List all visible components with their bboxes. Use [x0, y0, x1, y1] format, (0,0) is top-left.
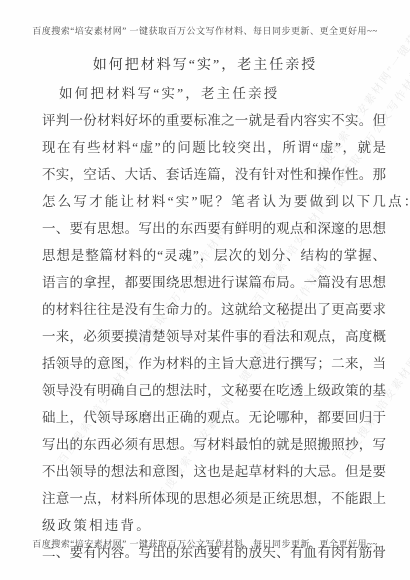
body-line: 级政策相违背。 [42, 512, 386, 539]
body-line: 现在有些材料“虚”的问题比较突出，所谓“虚”，就是 [42, 134, 386, 161]
body-line: 括领导的意图，作为材料的主旨大意进行撰写；二来，当 [42, 350, 386, 377]
body-line: 语言的拿捏，都要围绕思想进行谋篇布局。一篇没有思想 [42, 269, 386, 296]
document-body: 如何把材料写“实”，老主任亲授评判一份材料好坏的重要标准之一就是看内容实不实。但… [42, 80, 386, 566]
body-line: 一来，必须要摸清楚领导对某件事的看法和观点，高度概 [42, 323, 386, 350]
footer-note: 百度搜索“培安素材网” 一键获取百万公文写作材料、每日同步更新、更全更好用~~ [0, 537, 410, 550]
page-title: 如何把材料写“实”，老主任亲授 [0, 54, 410, 74]
body-line: 评判一份材料好坏的重要标准之一就是看内容实不实。但 [42, 107, 386, 134]
header-note: 百度搜索“培安素材网” 一键获取百万公文写作材料、每日同步更新、更全更好用~~ [0, 24, 410, 37]
body-line: 领导没有明确自己的想法时，文秘要在吃透上级政策的基 [42, 377, 386, 404]
body-line: 不出领导的想法和意图，这也是起草材料的大忌。但是要 [42, 458, 386, 485]
body-line: 如何把材料写“实”，老主任亲授 [42, 80, 386, 107]
body-line: 思想是整篇材料的“灵魂”，层次的划分、结构的掌握、 [42, 242, 386, 269]
body-line: 的材料往往是没有生命力的。这就给文秘提出了更高要求 [42, 296, 386, 323]
body-line: 写出的东西必须有思想。写材料最怕的就是照搬照抄，写 [42, 431, 386, 458]
body-line: 注意一点，材料所体现的思想必须是正统思想，不能跟上 [42, 485, 386, 512]
body-line: 怎么写才能让材料“实”呢？笔者认为要做到以下几点： [42, 188, 386, 215]
body-line: 础上，代领导琢磨出正确的观点。无论哪种，都要回归于 [42, 404, 386, 431]
body-line: 一、要有思想。写出的东西要有鲜明的观点和深邃的思想 [42, 215, 386, 242]
document-page: 百度搜索“培安素材网” 一键获取百万公文写作材料、每日同步更新、更全更好用~~ … [0, 0, 410, 580]
body-line: 不实，空话、大话、套话连篇，没有针对性和操作性。那 [42, 161, 386, 188]
